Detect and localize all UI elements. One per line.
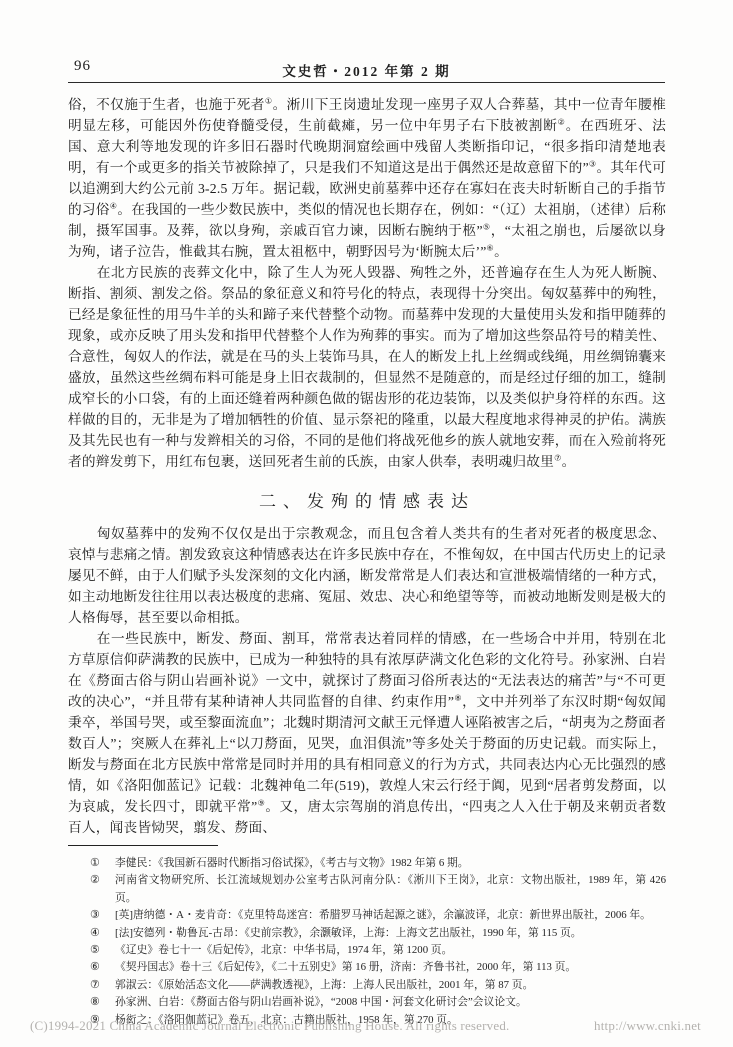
footnote-item: ⑧ 孙家洲、白岩：《剺面古俗与阴山岩画补说》，“2008 中国・河套文化研讨会”… <box>90 994 666 1011</box>
page-header: 96 文史哲・2012 年第 2 期 <box>68 56 665 82</box>
footnote-ref: ② <box>558 117 566 126</box>
footnote-marker: ① <box>90 855 115 872</box>
footnote-marker: ③ <box>90 907 115 924</box>
section-heading: 二、发殉的情感表达 <box>68 487 666 512</box>
footnote-ref: ④ <box>110 201 118 210</box>
header-rule <box>68 82 665 83</box>
footnote-item: ⑤ 《辽史》卷七十一《后妃传》，北京：中华书局，1974 年，第 1200 页。 <box>90 942 666 959</box>
footnote-marker: ⑤ <box>90 942 115 959</box>
footnote-ref: ⑤ <box>483 222 491 231</box>
footnote-ref: ① <box>265 96 273 105</box>
footnote-marker: ⑧ <box>90 994 115 1011</box>
footnote-ref: ⑦ <box>554 453 562 462</box>
footnote-text: 河南省文物研究所、长江流域规划办公室考古队河南分队：《淅川下王岗》，北京：文物出… <box>115 872 666 907</box>
body-paragraph: 俗，不仅施于生者，也施于死者①。淅川下王岗遗址发现一座男子双人合葬墓，其中一位青… <box>68 94 666 262</box>
body-paragraph: 在北方民族的丧葬文化中，除了生人为死人毁器、殉牲之外，还普遍存在生人为死人断腕、… <box>68 262 666 472</box>
footnote-marker: ④ <box>90 925 115 942</box>
footnote-item: ④ [法]安德列・勒鲁瓦-古昂：《史前宗教》，余灏敏译，上海：上海文艺出版社，1… <box>90 925 666 942</box>
footnote-marker: ⑦ <box>90 977 115 994</box>
footnote-item: ② 河南省文物研究所、长江流域规划办公室考古队河南分队：《淅川下王岗》，北京：文… <box>90 872 666 907</box>
footer-copyright: (C)1994-2021 China Academic Journal Elec… <box>30 1018 510 1034</box>
footnote-text: 李健民：《我国新石器时代断指习俗试探》，《考古与文物》1982 年第 6 期。 <box>115 855 666 872</box>
footnote-list: ① 李健民：《我国新石器时代断指习俗试探》，《考古与文物》1982 年第 6 期… <box>68 855 666 1029</box>
footnote-item: ⑥ 《契丹国志》卷十三《后妃传》，《二十五别史》第 16 册，济南：齐鲁书社，2… <box>90 959 666 976</box>
footnote-item: ③ [英]唐纳德・A・麦肯奇：《克里特岛迷宫：希腊罗马神话起源之谜》，余瀛波译，… <box>90 907 666 924</box>
footer-url: http://www.cnki.net <box>594 1018 701 1034</box>
footnote-ref: ⑧ <box>454 693 462 702</box>
footnote-ref: ⑥ <box>487 243 495 252</box>
footnote-item: ① 李健民：《我国新石器时代断指习俗试探》，《考古与文物》1982 年第 6 期… <box>90 855 666 872</box>
footnote-ref: ③ <box>589 159 597 168</box>
body-paragraph: 匈奴墓葬中的发殉不仅仅是出于宗教观念，而且包含着人类共有的生者对死者的极度思念、… <box>68 523 666 628</box>
article-body: 俗，不仅施于生者，也施于死者①。淅川下王岗遗址发现一座男子双人合葬墓，其中一位青… <box>68 94 666 1029</box>
footnote-text: 孙家洲、白岩：《剺面古俗与阴山岩画补说》，“2008 中国・河套文化研讨会”会议… <box>115 994 666 1011</box>
footnote-marker: ⑥ <box>90 959 115 976</box>
journal-title: 文史哲・2012 年第 2 期 <box>68 60 665 80</box>
footnote-text: 郭淑云：《原始活态文化——萨满教透视》，上海：上海人民出版社，2001 年，第 … <box>115 977 666 994</box>
footnote-text: [英]唐纳德・A・麦肯奇：《克里特岛迷宫：希腊罗马神话起源之谜》，余瀛波译，北京… <box>115 907 666 924</box>
footnote-item: ⑦ 郭淑云：《原始活态文化——萨满教透视》，上海：上海人民出版社，2001 年，… <box>90 977 666 994</box>
footnote-separator <box>68 845 218 846</box>
footnote-text: [法]安德列・勒鲁瓦-古昂：《史前宗教》，余灏敏译，上海：上海文艺出版社，199… <box>115 925 666 942</box>
journal-page: 96 文史哲・2012 年第 2 期 俗，不仅施于生者，也施于死者①。淅川下王岗… <box>0 0 733 1047</box>
body-paragraph: 在一些民族中，断发、剺面、割耳，常常表达着同样的情感，在一些场合中并用，特别在北… <box>68 628 666 838</box>
page-footer: (C)1994-2021 China Academic Journal Elec… <box>30 1018 701 1034</box>
footnote-ref: ⑨ <box>257 798 265 807</box>
footnote-marker: ② <box>90 872 115 907</box>
footnote-text: 《辽史》卷七十一《后妃传》，北京：中华书局，1974 年，第 1200 页。 <box>115 942 666 959</box>
footnote-text: 《契丹国志》卷十三《后妃传》，《二十五别史》第 16 册，济南：齐鲁书社，200… <box>115 959 666 976</box>
